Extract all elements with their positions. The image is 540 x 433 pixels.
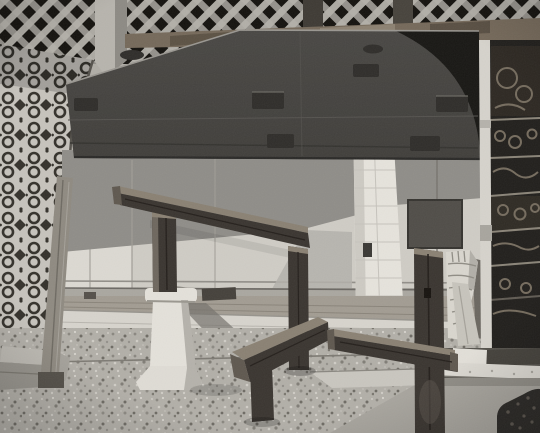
film-grain [0,0,540,433]
photograph: wooden lattice fence decorative concrete… [0,0,540,433]
